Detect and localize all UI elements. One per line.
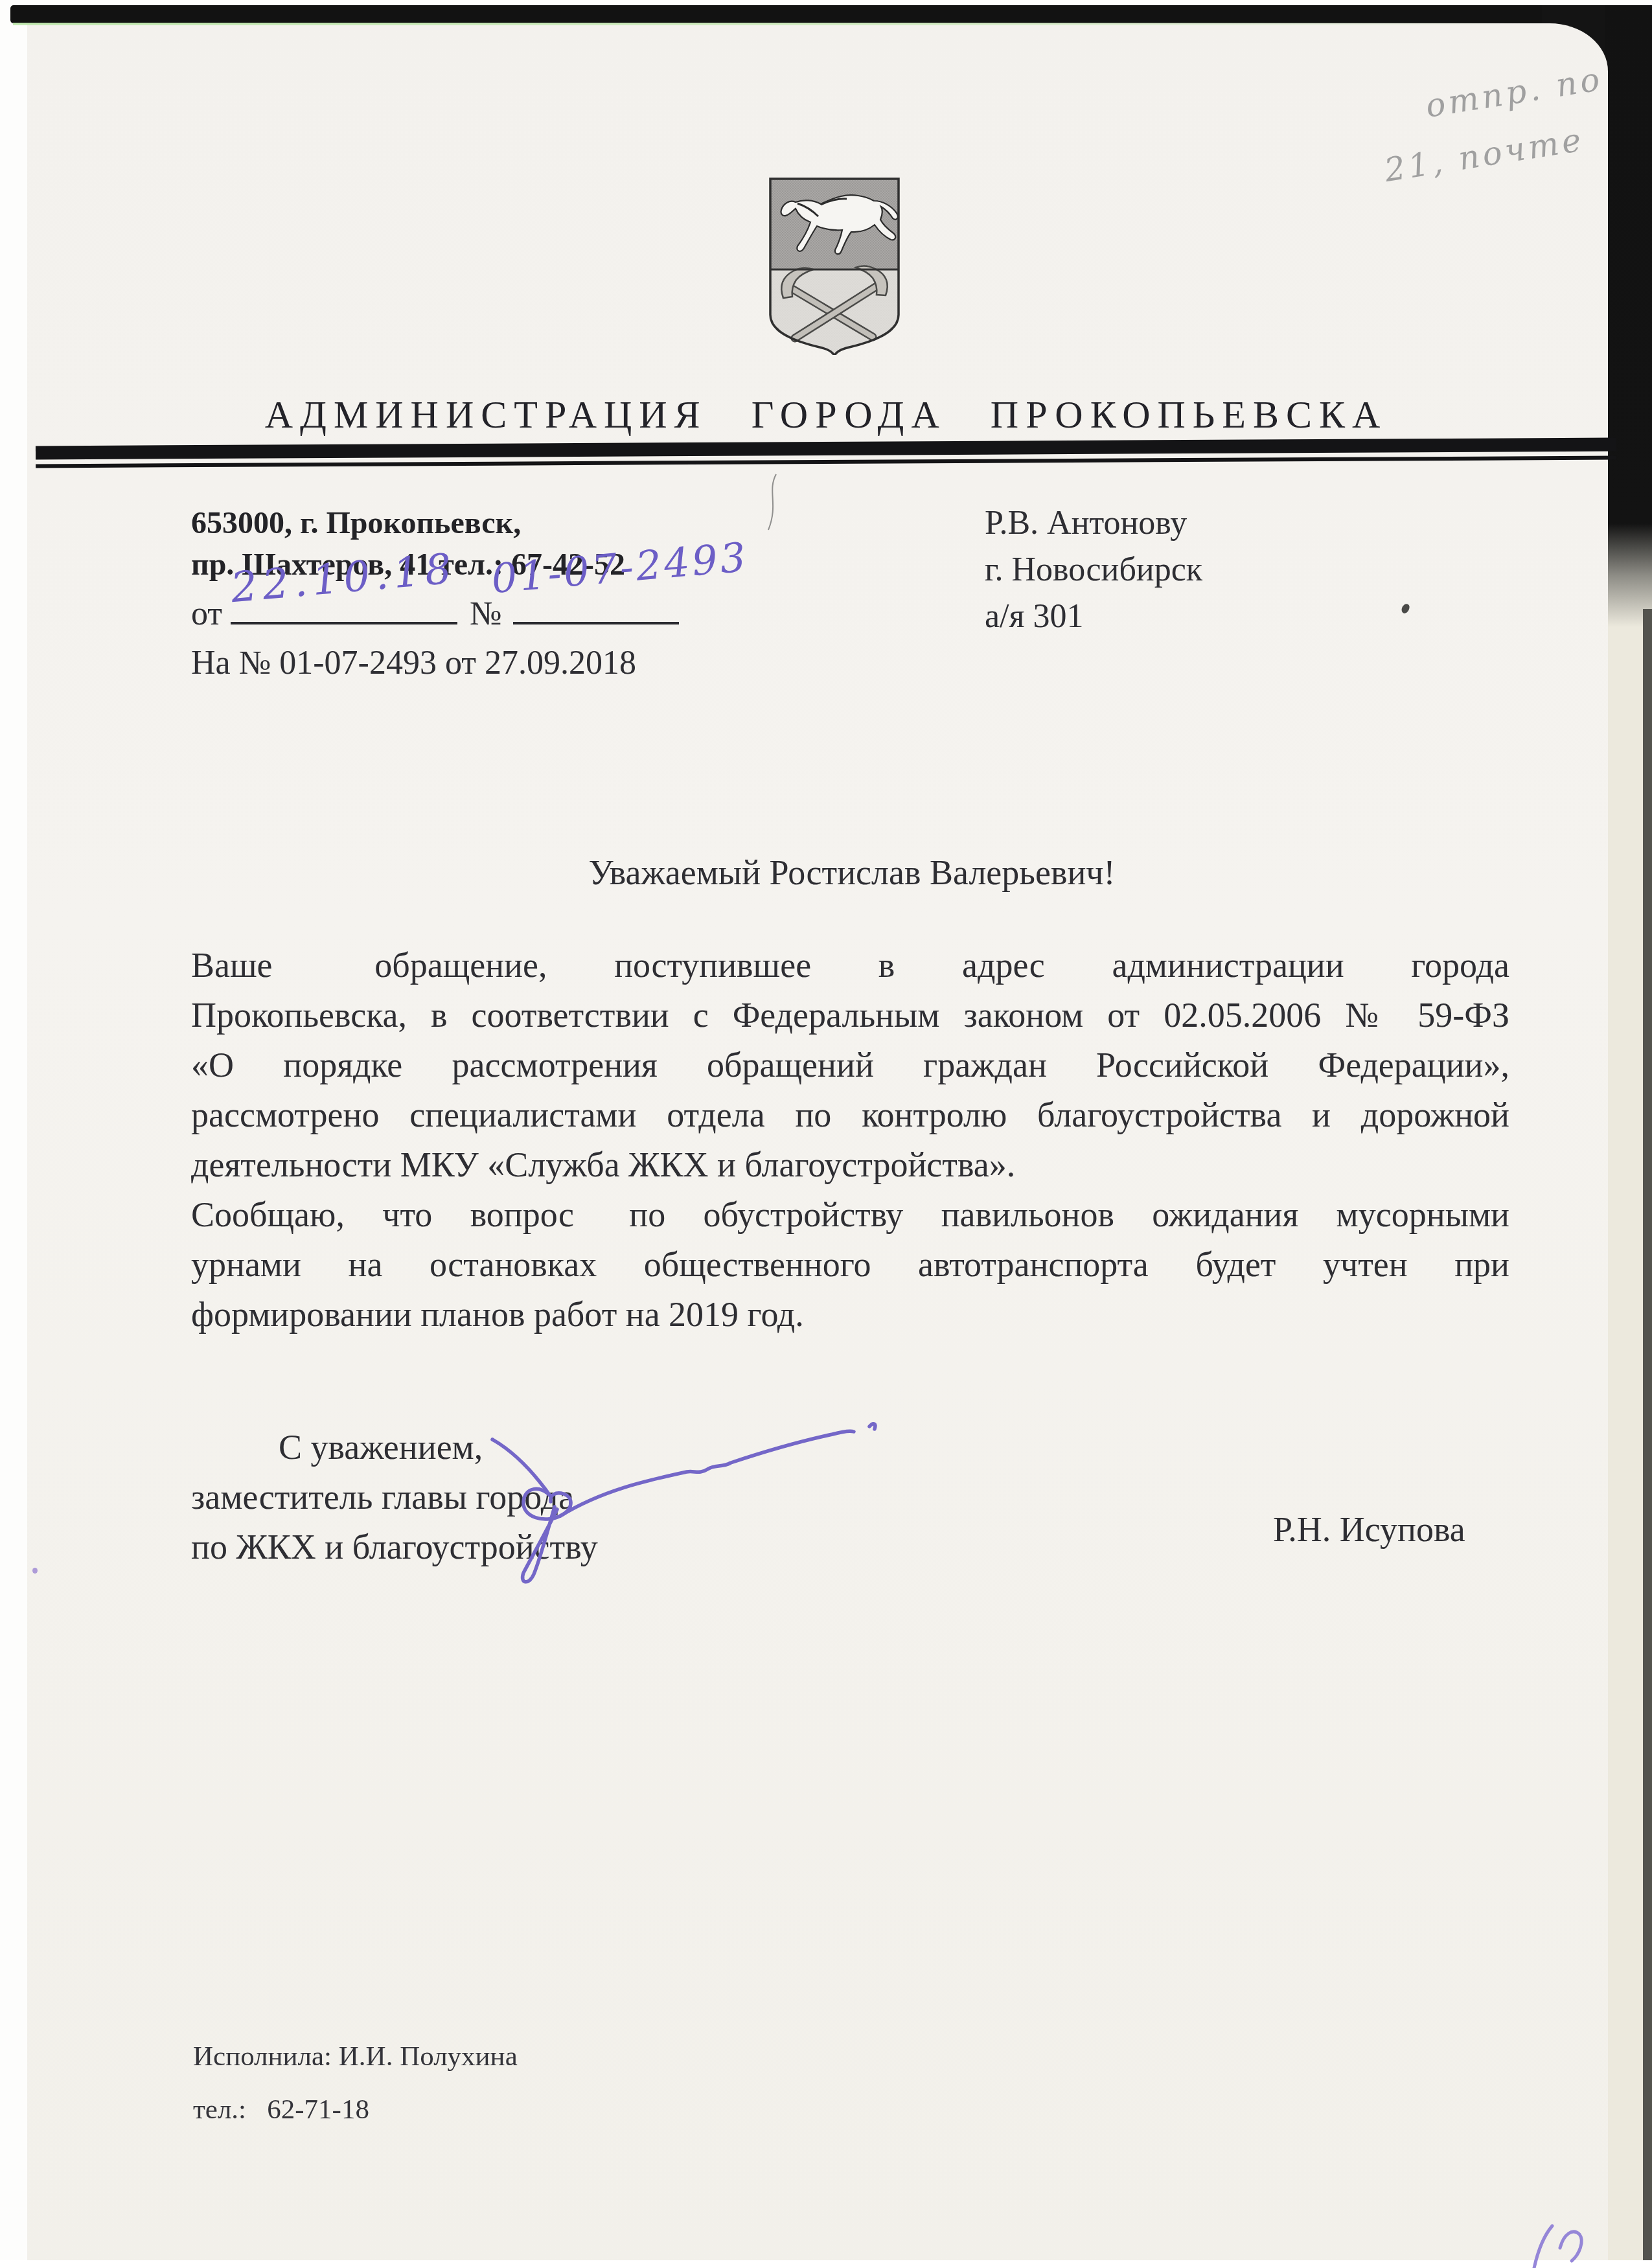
executor-line: Исполнила: И.И. Полухина [193,2041,518,2072]
letterhead-title: АДМИНИСТРАЦИЯ ГОРОДА ПРОКОПЬЕВСКА [39,393,1613,437]
date-label: от [191,595,222,632]
scan-speck [1401,603,1410,615]
paragraph-1: Ваше обращение, поступившее в адрес адми… [191,941,1509,1190]
paragraph-2: Сообщаю, что вопрос по обустройству пави… [191,1190,1509,1340]
letter-body: Ваше обращение, поступившее в адрес адми… [191,941,1509,1340]
scan-hair-mark [759,473,785,531]
pencil-note: отпр. по 21, почте [1371,40,1652,199]
body-line: деятельности МКУ «Служба ЖКХ и благоустр… [191,1140,1509,1190]
corner-ink-mark [1509,2208,1613,2268]
body-line: урнами на остановках общественного автот… [191,1240,1509,1290]
body-line: Сообщаю, что вопрос по обустройству пави… [191,1190,1509,1240]
body-line: рассмотрено специалистами отдела по конт… [191,1090,1509,1140]
body-line: формировании планов работ на 2019 год. [191,1290,1509,1340]
body-line: «О порядке рассмотрения обращений гражда… [191,1040,1509,1090]
letterhead-rules [36,438,1616,468]
executor-phone: тел.: 62-71-18 [193,2094,369,2125]
scanned-letter: отпр. по 21, почте [0,0,1652,2268]
recipient-city: г. Новосибирск [985,547,1202,593]
reference-line: На № 01-07-2493 от 27.09.2018 [191,644,636,682]
recipient-name: Р.В. Антонову [985,500,1202,547]
salutation: Уважаемый Ростислав Валерьевич! [194,853,1509,893]
rule-thick [36,438,1616,460]
letter-content: отпр. по 21, почте [0,0,1652,2268]
recipient-po-box: а/я 301 [985,593,1202,640]
signature [453,1412,946,1587]
signer-name: Р.Н. Исупова [1273,1509,1465,1550]
recipient-block: Р.В. Антонову г. Новосибирск а/я 301 [985,500,1202,640]
sender-address-line1: 653000, г. Прокопьевск, [191,505,521,541]
coat-of-arms-icon [766,175,902,355]
ink-speck [32,1568,38,1574]
body-line: Ваше обращение, поступившее в адрес адми… [191,941,1509,991]
body-line: Прокопьевска, в соответствии с Федеральн… [191,991,1509,1040]
